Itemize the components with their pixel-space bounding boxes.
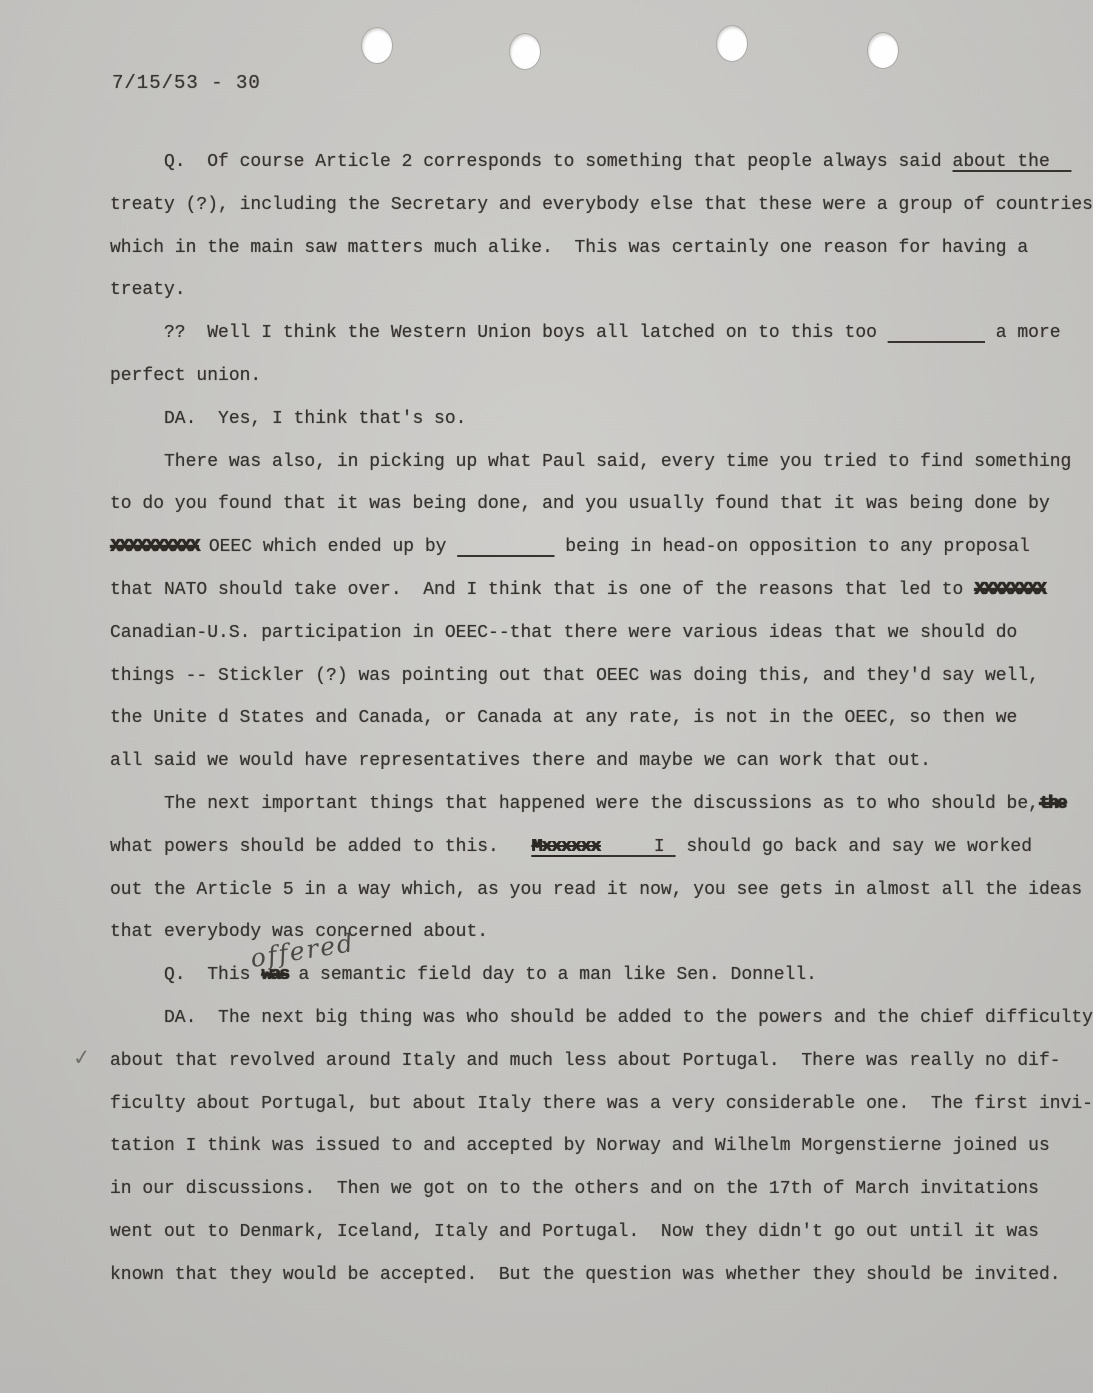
- margin-checkmark-icon: ✓: [72, 1041, 90, 1073]
- text-segment: a semantic field day to a man like Sen. …: [288, 965, 817, 985]
- text-segment: The next important things that happened …: [110, 794, 1039, 814]
- text-line: Q. Of course Article 2 corresponds to so…: [110, 152, 1085, 195]
- text-segment: the: [1039, 794, 1065, 814]
- text-segment: things -- Stickler (?) was pointing out …: [110, 666, 1039, 686]
- text-line: tation I think was issued to and accepte…: [110, 1136, 1085, 1179]
- text-segment: Q. This: [110, 965, 261, 985]
- text-line: ficulty about Portugal, but about Italy …: [110, 1094, 1085, 1137]
- text-line: XXXXXXXXXX OEEC which ended up by being …: [110, 537, 1085, 580]
- text-line: things -- Stickler (?) was pointing out …: [110, 666, 1085, 709]
- text-segment: Q. Of course Article 2 corresponds to so…: [110, 152, 953, 172]
- text-segment: [600, 837, 643, 857]
- text-segment: Canadian-U.S. participation in OEEC--tha…: [110, 623, 1017, 643]
- text-segment: in our discussions. Then we got on to th…: [110, 1179, 1039, 1199]
- text-segment: DA. The next big thing was who should be…: [110, 1008, 1093, 1028]
- text-line: DA. The next big thing was who should be…: [110, 1008, 1085, 1051]
- text-line: about that revolved around Italy and muc…: [110, 1051, 1085, 1094]
- text-segment: should go back and say we worked: [676, 837, 1032, 857]
- text-line: in our discussions. Then we got on to th…: [110, 1179, 1085, 1222]
- text-line: went out to Denmark, Iceland, Italy and …: [110, 1222, 1085, 1265]
- punch-hole: [510, 34, 540, 69]
- text-line: which in the main saw matters much alike…: [110, 238, 1085, 281]
- text-line: what powers should be added to this. Mxx…: [110, 837, 1085, 880]
- text-line: all said we would have representatives t…: [110, 751, 1085, 794]
- text-line: perfect union.: [110, 366, 1085, 409]
- text-segment: DA. Yes, I think that's so.: [110, 409, 466, 429]
- text-segment: treaty (?), including the Secretary and …: [110, 195, 1093, 215]
- text-segment: [457, 537, 554, 557]
- text-segment: Mxxxxxx: [531, 837, 600, 857]
- text-segment: XXXXXXXXXX: [110, 537, 198, 557]
- text-segment: what powers should be added to this.: [110, 837, 531, 857]
- document-body: Q. Of course Article 2 corresponds to so…: [110, 152, 1085, 1308]
- text-line: DA. Yes, I think that's so.: [110, 409, 1085, 452]
- text-segment: about the: [953, 152, 1072, 172]
- punch-hole: [362, 28, 392, 63]
- text-line: There was also, in picking up what Paul …: [110, 452, 1085, 495]
- text-line: that NATO should take over. And I think …: [110, 580, 1085, 623]
- text-segment: XXXXXXXX: [974, 580, 1044, 600]
- text-segment: ?? Well I think the Western Union boys a…: [110, 323, 888, 343]
- text-line: The next important things that happened …: [110, 794, 1085, 837]
- date-header: 7/15/53 - 30: [112, 72, 261, 94]
- text-line: treaty.: [110, 280, 1085, 323]
- text-line: the Unite d States and Canada, or Canada…: [110, 708, 1085, 751]
- text-segment: that NATO should take over. And I think …: [110, 580, 974, 600]
- text-line: to do you found that it was being done, …: [110, 494, 1085, 537]
- text-line: Canadian-U.S. participation in OEEC--tha…: [110, 623, 1085, 666]
- punch-hole: [868, 33, 898, 68]
- text-segment: about that revolved around Italy and muc…: [110, 1051, 1061, 1071]
- text-segment: tation I think was issued to and accepte…: [110, 1136, 1050, 1156]
- text-segment: which in the main saw matters much alike…: [110, 238, 1028, 258]
- text-segment: OEEC which ended up by: [198, 537, 457, 557]
- text-segment: all said we would have representatives t…: [110, 751, 931, 771]
- text-segment: known that they would be accepted. But t…: [110, 1265, 1061, 1285]
- text-line: known that they would be accepted. But t…: [110, 1265, 1085, 1308]
- text-line: treaty (?), including the Secretary and …: [110, 195, 1085, 238]
- text-line: ?? Well I think the Western Union boys a…: [110, 323, 1085, 366]
- text-segment: to do you found that it was being done, …: [110, 494, 1050, 514]
- text-segment: There was also, in picking up what Paul …: [110, 452, 1071, 472]
- text-line: out the Article 5 in a way which, as you…: [110, 880, 1085, 923]
- text-segment: a more: [985, 323, 1061, 343]
- text-segment: treaty.: [110, 280, 186, 300]
- scanned-document-page: 7/15/53 - 30 Q. Of course Article 2 corr…: [0, 0, 1093, 1393]
- text-segment: the Unite d States and Canada, or Canada…: [110, 708, 1017, 728]
- text-segment: [888, 323, 985, 343]
- text-segment: perfect union.: [110, 366, 261, 386]
- text-segment: went out to Denmark, Iceland, Italy and …: [110, 1222, 1039, 1242]
- text-segment: being in head-on opposition to any propo…: [555, 537, 1030, 557]
- text-segment: out the Article 5 in a way which, as you…: [110, 880, 1082, 900]
- text-segment: ficulty about Portugal, but about Italy …: [110, 1094, 1093, 1114]
- punch-hole: [717, 26, 747, 61]
- text-segment: I: [643, 837, 675, 857]
